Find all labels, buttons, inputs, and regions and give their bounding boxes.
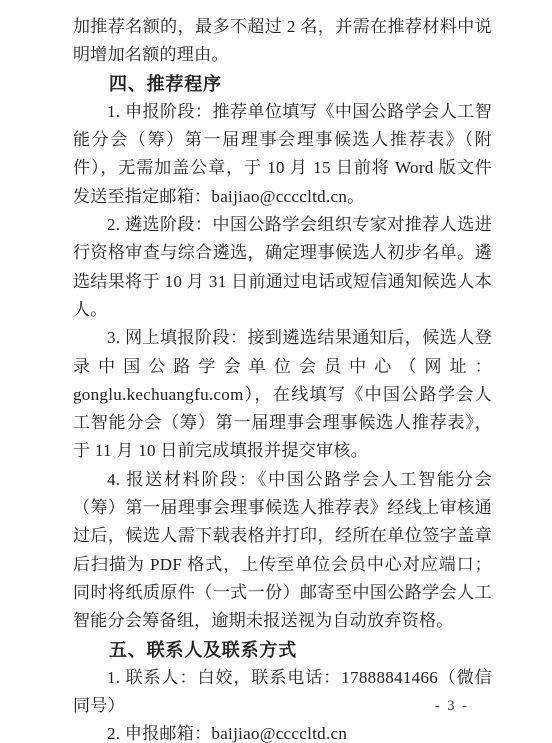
paragraph: 1. 联系人：白姣，联系电话：17888841466（微信同号）: [73, 664, 492, 721]
paragraph: 2. 遴选阶段：中国公路学会组织专家对推荐人选进行资格审查与综合遴选，确定理事候…: [73, 211, 492, 324]
paragraph: 4. 报送材料阶段：《中国公路学会人工智能分会（筹）第一届理事会理事候选人推荐表…: [73, 466, 492, 636]
document-page: 加推荐名额的，最多不超过 2 名，并需在推荐材料中说明增加名额的理由。四、推荐程…: [0, 0, 552, 743]
paragraph: 3. 网上填报阶段：接到遴选结果通知后，候选人登录中国公路学会单位会员中心（网址…: [73, 324, 492, 465]
page-number: - 3 -: [435, 698, 469, 715]
document-body: 加推荐名额的，最多不超过 2 名，并需在推荐材料中说明增加名额的理由。四、推荐程…: [73, 13, 492, 743]
section-heading: 五、联系人及联系方式: [73, 636, 492, 664]
section-heading: 四、推荐程序: [73, 70, 492, 98]
paragraph: 加推荐名额的，最多不超过 2 名，并需在推荐材料中说明增加名额的理由。: [73, 13, 492, 70]
paragraph: 2. 申报邮箱：baijiao@ccccltd.cn: [73, 720, 492, 743]
paragraph: 1. 申报阶段：推荐单位填写《中国公路学会人工智能分会（筹）第一届理事会理事候选…: [73, 98, 492, 211]
